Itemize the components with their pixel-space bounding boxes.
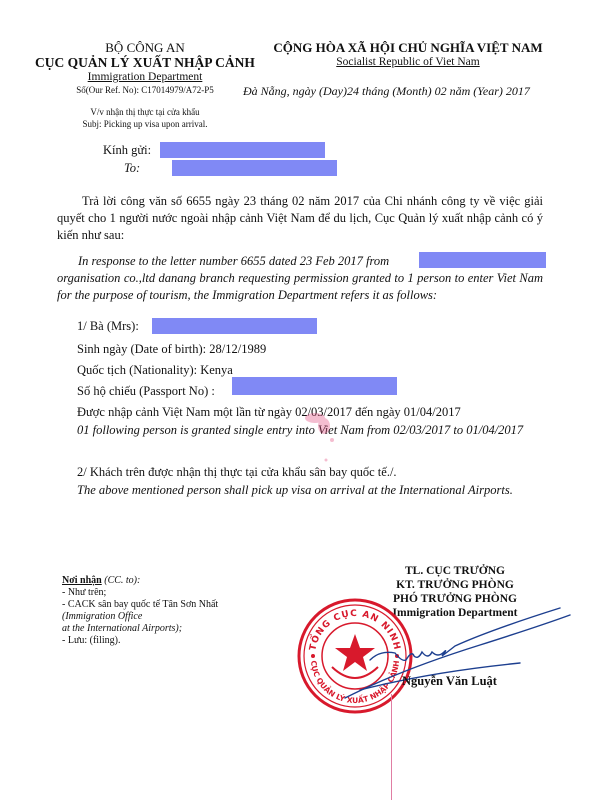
signer-name: Nguyễn Văn Luật: [402, 674, 497, 689]
national-header: CỘNG HÒA XÃ HỘI CHỦ NGHĨA VIỆT NAM Socia…: [258, 40, 558, 70]
subject-block: V/v nhận thị thực tại cửa khẩu Subj: Pic…: [30, 106, 260, 130]
department-name: CỤC QUẢN LÝ XUẤT NHẬP CẢNH: [30, 55, 260, 70]
cc-line: - Như trên;: [62, 587, 282, 599]
date-line: Đà Nẵng, ngày (Day)24 tháng (Month) 02 n…: [243, 84, 530, 99]
scan-artifact-line: [391, 694, 392, 800]
cc-title: Nơi nhận: [62, 575, 102, 586]
nationality: Quốc tịch (Nationality): Kenya: [77, 362, 233, 379]
paragraph-en-start: In response to the letter number 6655 da…: [78, 253, 389, 270]
passport-label: Số hộ chiếu (Passport No) :: [77, 383, 215, 400]
cc-line-italic: (Immigration Office: [62, 611, 282, 623]
item1-label: 1/ Bà (Mrs):: [77, 318, 139, 335]
ink-smudge: [290, 400, 350, 480]
entry-period-vi: Được nhập cảnh Việt Nam một lần từ ngày …: [77, 404, 461, 421]
item2-en: The above mentioned person shall pick up…: [77, 480, 543, 501]
redacted-passport: [232, 377, 397, 395]
cc-line-italic: at the International Airports);: [62, 623, 282, 635]
paragraph-en-rest: organisation co.,ltd danang branch reque…: [57, 270, 543, 304]
redacted-company: [419, 252, 546, 268]
subject-vi: V/v nhận thị thực tại cửa khẩu: [30, 106, 260, 118]
cc-line: - Lưu: (filing).: [62, 635, 282, 647]
date-of-birth: Sinh ngày (Date of birth): 28/12/1989: [77, 341, 266, 358]
addressee-label-en: To:: [124, 160, 140, 177]
department-name-en: Immigration Department: [30, 70, 260, 84]
country-name-en: Socialist Republic of Viet Nam: [258, 55, 558, 70]
redacted-name: [152, 318, 317, 334]
issuer-block: BỘ CÔNG AN CỤC QUẢN LÝ XUẤT NHẬP CẢNH Im…: [30, 40, 260, 96]
cc-block: Nơi nhận (CC. to): - Như trên; - CACK sâ…: [62, 575, 282, 647]
redacted-addressee: [160, 142, 325, 158]
cc-line: - CACK sân bay quốc tế Tân Sơn Nhất: [62, 599, 282, 611]
addressee-label-vi: Kính gửi:: [103, 142, 151, 159]
reference-number: Số(Our Ref. No): C17014979/A72-P5: [30, 84, 260, 96]
redacted-addressee-en: [172, 160, 337, 176]
ministry-name: BỘ CÔNG AN: [30, 40, 260, 55]
country-name: CỘNG HÒA XÃ HỘI CHỦ NGHĨA VIỆT NAM: [258, 40, 558, 55]
paragraph-vi: Trả lời công văn số 6655 ngày 23 tháng 0…: [57, 193, 543, 244]
signatory-title-1: TL. CỤC TRƯỞNG: [340, 564, 570, 578]
cc-title-en: (CC. to):: [102, 575, 141, 586]
subject-en: Subj: Picking up visa upon arrival.: [30, 118, 260, 130]
